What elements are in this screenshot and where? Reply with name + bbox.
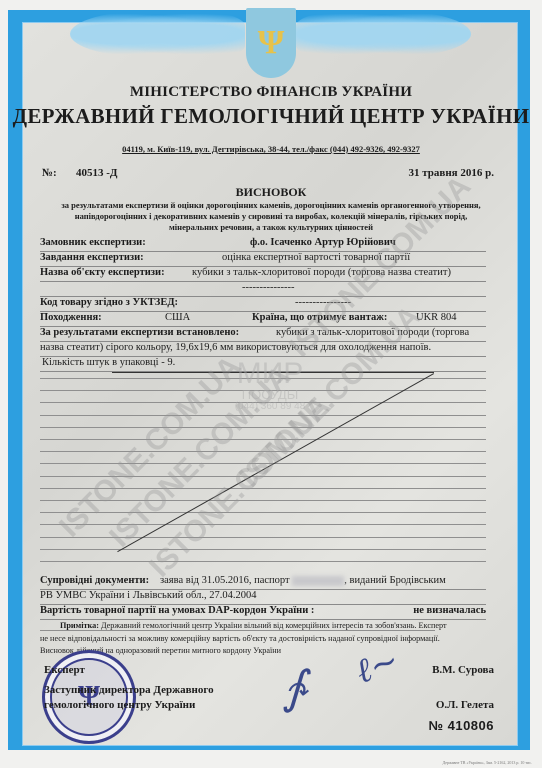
ornament-right <box>296 10 471 58</box>
center-title: ДЕРЖАВНИЙ ГЕМОЛОГІЧНИЙ ЦЕНТР УКРАЇНИ <box>0 104 542 129</box>
watermark-mir: МИР ПОСУДЫ (044) 360 89 48 <box>205 360 335 412</box>
field-value: РВ УМВС України і Львівський обл., 27.04… <box>40 589 257 603</box>
note-text: Державний гемологічний центр України віл… <box>101 621 447 630</box>
field-label: Вартість товарної партії на умовах DAP-к… <box>40 604 314 618</box>
watermark-mir-phone: (044) 360 89 48 <box>205 401 335 412</box>
docs-text-b: , виданий Бродівським <box>344 575 446 586</box>
field-label: Код товару згідно з УКТЗЕД: <box>40 296 178 310</box>
document-number: 40513 -Д <box>76 167 117 179</box>
ruled-line <box>40 549 486 550</box>
note-label: Примітка: <box>60 621 99 630</box>
docs-text-a: заява від 31.05.2016, паспорт <box>160 575 290 586</box>
field-label: Походження: <box>40 311 102 325</box>
field-label: За результатами експертизи встановлено: <box>40 326 239 340</box>
note: Примітка: Державний гемологічний центр У… <box>40 620 500 658</box>
field-object-extra: --------------- <box>40 281 486 297</box>
ministry-title: МІНІСТЕРСТВО ФІНАНСІВ УКРАЇНИ <box>0 84 542 101</box>
field-value: США <box>165 311 190 325</box>
field-documents: Супровідні документи: заява від 31.05.20… <box>40 574 486 590</box>
ruled-line <box>40 537 486 538</box>
expert-label: Експерт <box>44 664 85 676</box>
field-value: --------------- <box>242 281 294 295</box>
field-label: Завдання експертизи: <box>40 251 144 265</box>
field-label: Назва об'єкту експертизи: <box>40 266 165 280</box>
document-number-label: №: <box>42 167 57 179</box>
field-value: Кількість штук в упаковці - 9. <box>42 356 175 370</box>
field-result-line2: назва стеатит) сірого кольору, 19,6х19,6… <box>40 341 486 357</box>
trident-icon: Ψ <box>246 8 296 78</box>
field-documents-line2: РВ УМВС України і Львівський обл., 27.04… <box>40 589 486 605</box>
serial-number: № 410806 <box>429 718 494 733</box>
field-value-dap: Вартість товарної партії на умовах DAP-к… <box>40 604 486 620</box>
watermark-mir-sub: ПОСУДЫ <box>205 388 335 401</box>
signature-deputy: ∱ <box>282 660 306 714</box>
field-object: Назва об'єкту експертизи: кубики з тальк… <box>40 266 486 282</box>
deputy-label: Заступник директора Державного <box>44 684 214 696</box>
ruled-line <box>40 427 486 428</box>
field-code: Код товару згідно з УКТЗЕД: ------------… <box>40 296 486 312</box>
watermark-mir-brand: МИР <box>205 360 335 388</box>
redacted-passport <box>292 576 344 586</box>
field-label: Замовник експертизи: <box>40 236 146 250</box>
deputy-label: гемологічного центру України <box>44 699 195 711</box>
field-value: заява від 31.05.2016, паспорт , виданий … <box>160 574 446 588</box>
certificate-page: Ψ МІНІСТЕРСТВО ФІНАНСІВ УКРАЇНИ ДЕРЖАВНИ… <box>0 0 542 768</box>
printer-note: Державне ТВ «Україна», Зам. 5-2162, 2013… <box>442 760 532 765</box>
field-value: не визначалась <box>413 604 486 618</box>
field-task: Завдання експертизи: оцінка експертної в… <box>40 251 486 267</box>
note-text: не несе відповідальності за можливу коме… <box>40 633 500 646</box>
address: 04119, м. Київ-119, вул. Дегтирівська, 3… <box>0 144 542 154</box>
field-value: кубики з тальк-хлоритової породи (торгов… <box>192 266 451 280</box>
ornament-left <box>70 10 245 58</box>
field-label: Супровідні документи: <box>40 574 149 588</box>
deputy-name: О.Л. Гелета <box>436 699 494 711</box>
ruled-line <box>40 561 486 562</box>
expert-name: В.М. Сурова <box>432 664 494 676</box>
